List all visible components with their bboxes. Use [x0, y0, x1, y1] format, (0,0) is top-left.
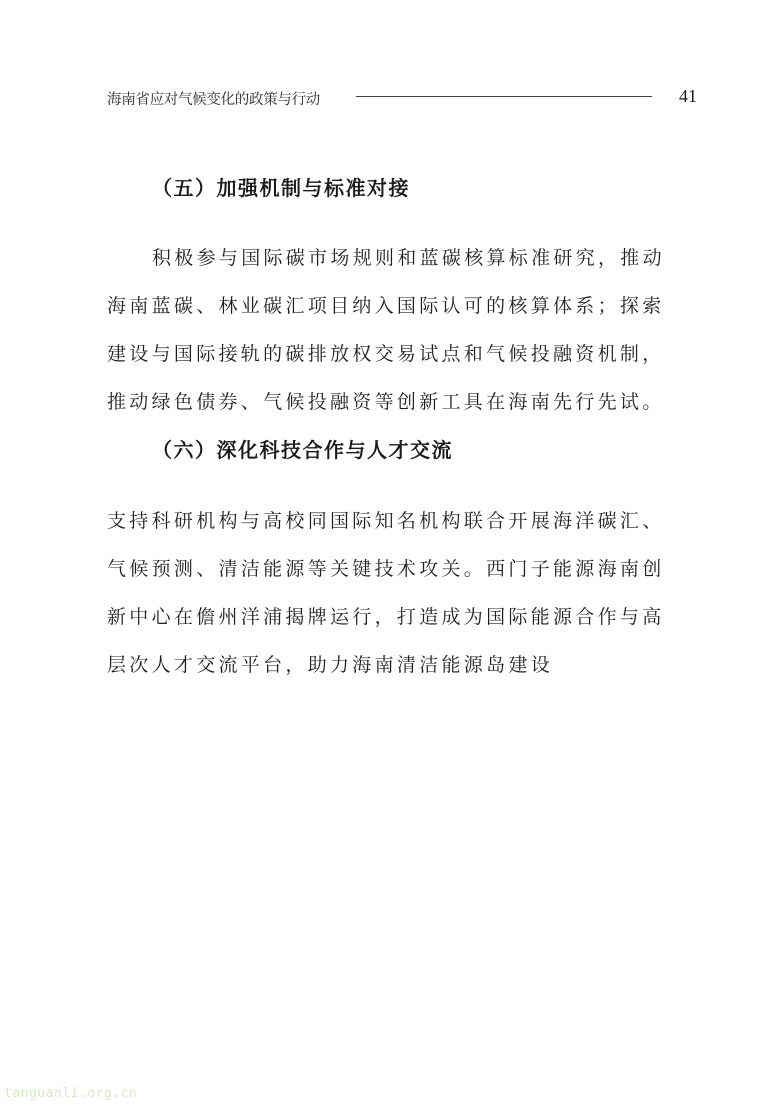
- paragraph-line: 气候预测、清洁能源等关键技术攻关。西门子能源海南创: [107, 554, 687, 585]
- page-header: 海南省应对气候变化的政策与行动 41: [107, 86, 697, 108]
- section-6-paragraph: 支持科研机构与高校同国际知名机构联合开展海洋碳汇、 气候预测、清洁能源等关键技术…: [107, 506, 687, 681]
- paragraph-line: 建设与国际接轨的碳排放权交易试点和气候投融资机制，: [107, 339, 687, 370]
- paragraph-line: 海南蓝碳、林业碳汇项目纳入国际认可的核算体系；探索: [107, 291, 687, 322]
- paragraph-line: 新中心在儋州洋浦揭牌运行，打造成为国际能源合作与高: [107, 602, 687, 633]
- paragraph-line: 支持科研机构与高校同国际知名机构联合开展海洋碳汇、: [107, 506, 687, 537]
- watermark: tanguanli.org.cn: [4, 1086, 137, 1101]
- paragraph-line: 推动绿色债券、气候投融资等创新工具在海南先行先试。: [107, 387, 687, 418]
- header-rule: [356, 96, 652, 97]
- section-heading-6: （六）深化科技合作与人才交流: [152, 434, 453, 463]
- paragraph-line: 积极参与国际碳市场规则和蓝碳核算标准研究，推动: [107, 243, 687, 274]
- running-title: 海南省应对气候变化的政策与行动: [107, 88, 320, 109]
- page-number: 41: [679, 86, 697, 107]
- paragraph-line: 层次人才交流平台，助力海南清洁能源岛建设: [107, 650, 687, 681]
- section-5-paragraph: 积极参与国际碳市场规则和蓝碳核算标准研究，推动 海南蓝碳、林业碳汇项目纳入国际认…: [107, 243, 687, 418]
- section-heading-5: （五）加强机制与标准对接: [152, 172, 410, 201]
